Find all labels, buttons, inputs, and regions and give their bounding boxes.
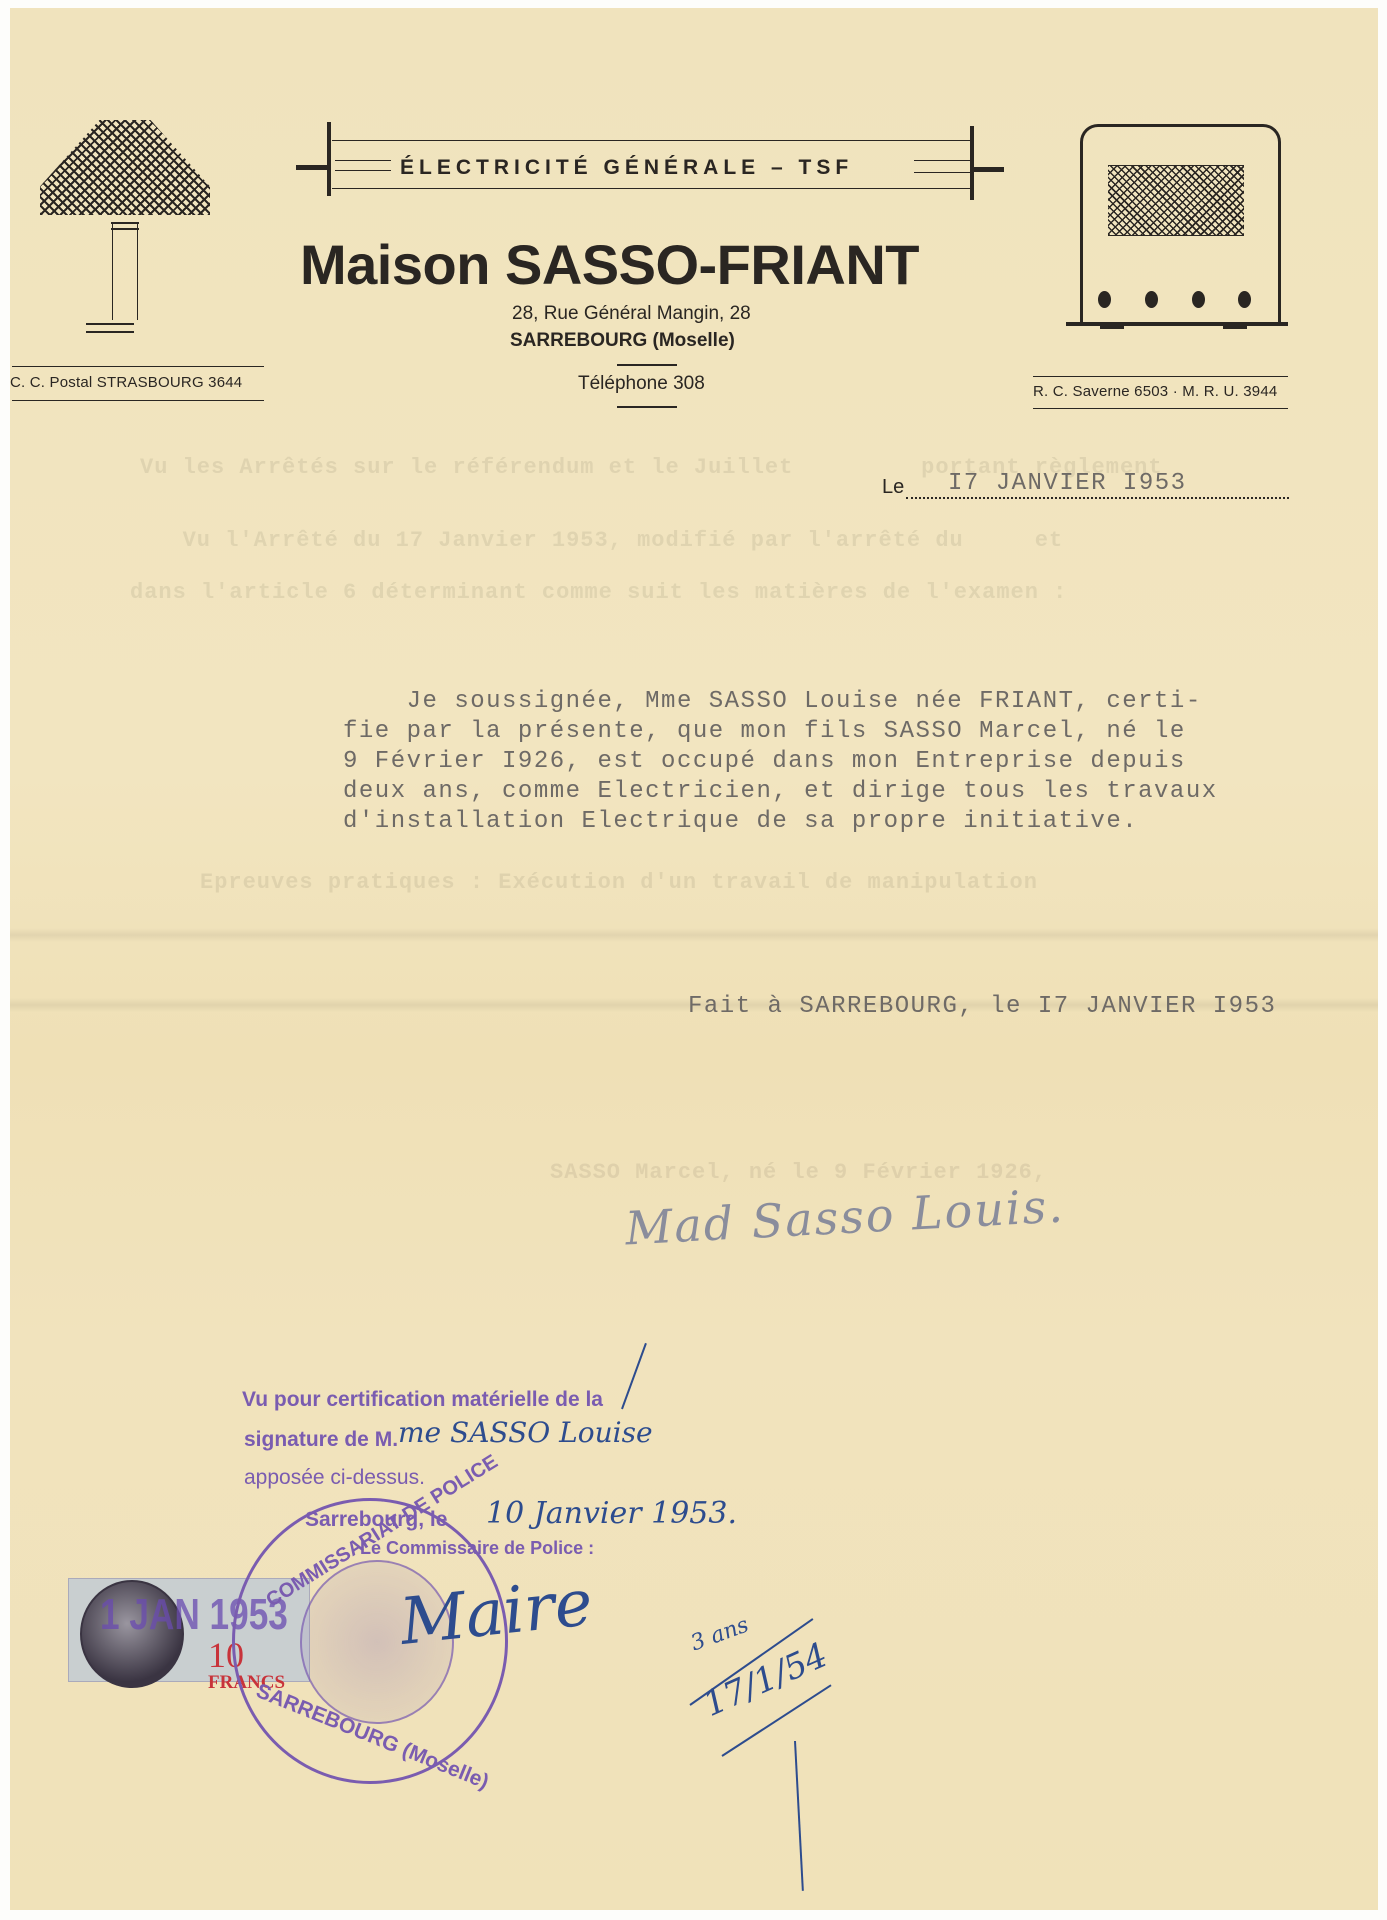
certified-name: me SASSO Louise — [398, 1416, 653, 1449]
bleed-through-text: Vu l'Arrêté du 17 Janvier 1953, modifié … — [140, 528, 1063, 553]
postal-account: C. C. Postal STRASBOURG 3644 — [10, 374, 242, 391]
certification-line3: apposée ci-dessus. — [244, 1466, 425, 1490]
phone-number: Téléphone 308 — [578, 373, 705, 395]
body-line: fie par la présente, que mon fils SASSO … — [343, 718, 1186, 745]
divider — [617, 364, 677, 366]
divider — [12, 400, 264, 401]
body-line: deux ans, comme Electricien, et dirige t… — [343, 778, 1218, 805]
date-dotted-line — [906, 497, 1289, 499]
bleed-through-text: Epreuves pratiques : Exécution d'un trav… — [200, 870, 1038, 895]
date-label: Le — [882, 476, 904, 499]
body-line: d'installation Electrique de sa propre i… — [343, 808, 1138, 835]
body-line: 9 Février I926, est occupé dans mon Entr… — [343, 748, 1186, 775]
company-name: Maison SASSO-FRIANT — [300, 232, 919, 297]
divider — [617, 406, 677, 408]
divider — [12, 366, 264, 367]
address-city: SARREBOURG (Moselle) — [510, 330, 735, 352]
bleed-through-text: SASSO Marcel, né le 9 Février 1926, — [550, 1160, 1047, 1185]
bleed-through-text: dans l'article 6 déterminant comme suit … — [130, 580, 1067, 605]
tagline: ÉLECTRICITÉ GÉNÉRALE – TSF — [400, 156, 853, 180]
divider — [1033, 376, 1288, 377]
divider — [1033, 408, 1288, 409]
address-street: 28, Rue Général Mangin, 28 — [512, 303, 751, 325]
certification-line2-prefix: signature de M. — [244, 1428, 398, 1452]
certification-line1: Vu pour certification matérielle de la — [242, 1388, 603, 1412]
paper-fold — [10, 928, 1378, 942]
place-and-date: Fait à SARREBOURG, le I7 JANVIER I953 — [688, 993, 1276, 1020]
registry-info: R. C. Saverne 6503 · M. R. U. 3944 — [1033, 383, 1277, 400]
certification-date: 10 Janvier 1953. — [486, 1496, 737, 1531]
letter-date: I7 JANVIER I953 — [948, 470, 1187, 497]
body-line: Je soussignée, Mme SASSO Louise née FRIA… — [343, 688, 1202, 715]
